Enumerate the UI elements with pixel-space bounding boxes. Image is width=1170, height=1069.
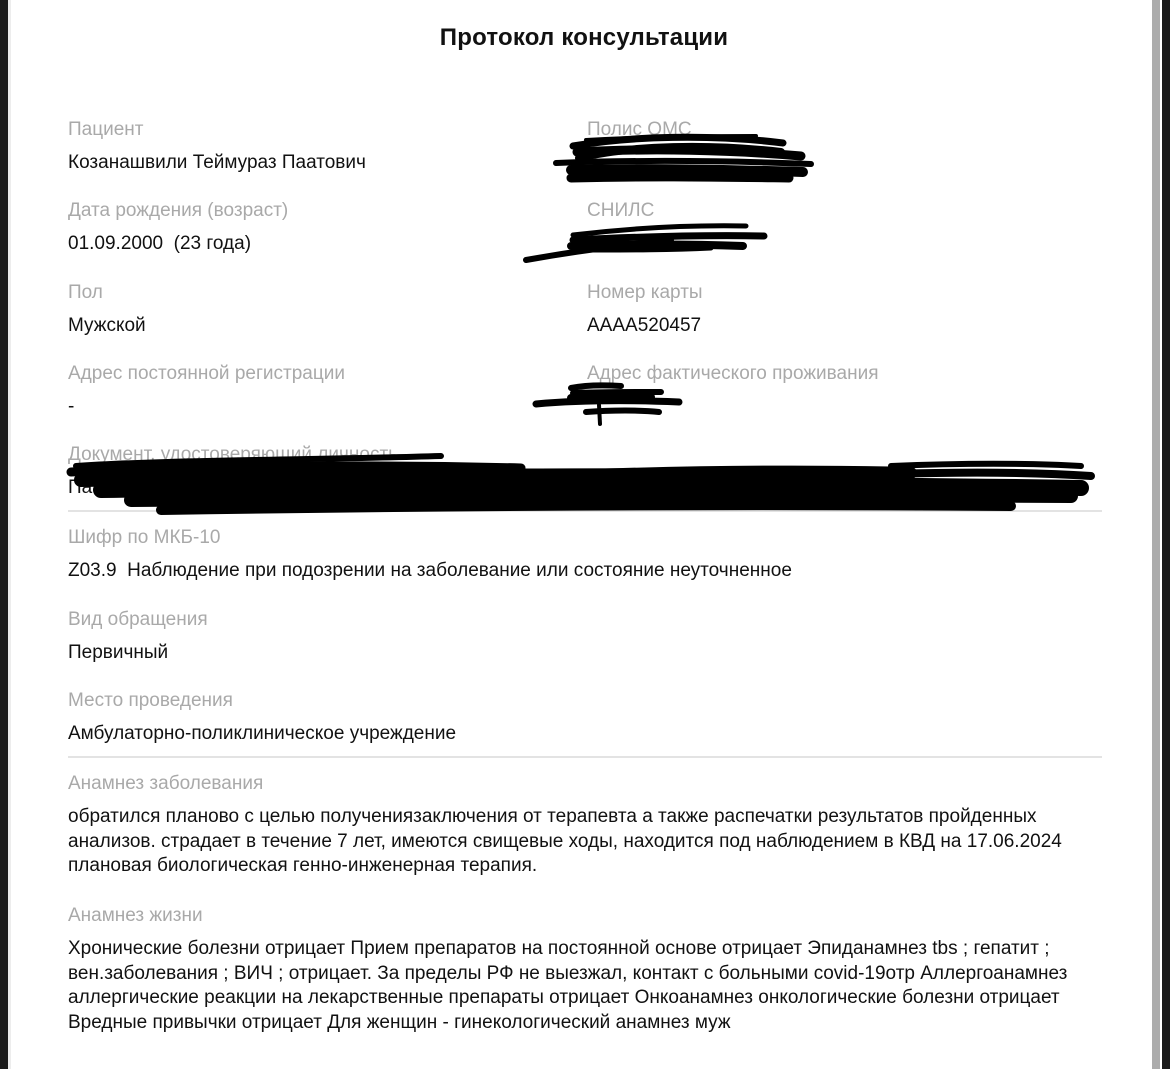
visit-type-value: Первичный <box>68 641 208 665</box>
field-snils: СНИЛС <box>587 199 654 256</box>
scrollbar-track[interactable] <box>1152 0 1160 1069</box>
field-label: Анамнез жизни <box>68 904 1108 928</box>
field-registration-address: Адрес постоянной регистрации - <box>68 362 345 419</box>
field-sex: Пол Мужской <box>68 281 146 338</box>
registration-address-value: - <box>68 395 345 419</box>
actual-address-value-redacted <box>587 395 879 419</box>
field-label: Адрес фактического проживания <box>587 362 879 386</box>
field-visit-type: Вид обращения Первичный <box>68 608 208 665</box>
field-actual-address: Адрес фактического проживания <box>587 362 879 419</box>
field-oms-policy: Полис ОМС <box>587 118 692 175</box>
life-anamnesis-text: Хронические болезни отрицает Прием препа… <box>68 937 1108 1035</box>
field-label: СНИЛС <box>587 199 654 223</box>
field-disease-anamnesis: Анамнез заболевания обратился планово с … <box>68 772 1108 879</box>
field-label: Полис ОМС <box>587 118 692 142</box>
field-label: Адрес постоянной регистрации <box>68 362 345 386</box>
snils-value-redacted <box>587 232 654 256</box>
field-label: Пациент <box>68 118 366 142</box>
field-place: Место проведения Амбулаторно-поликлиниче… <box>68 689 456 746</box>
field-label: Дата рождения (возраст) <box>68 199 288 223</box>
sex-value: Мужской <box>68 314 146 338</box>
disease-anamnesis-text: обратился планово с целью полученияза​кл… <box>68 805 1108 879</box>
oms-policy-value-redacted <box>587 151 692 175</box>
field-label: Анамнез заболевания <box>68 772 1108 796</box>
field-birth-date: Дата рождения (возраст) 01.09.2000 (23 г… <box>68 199 288 256</box>
field-label: Номер карты <box>587 281 703 305</box>
field-identity-document: Документ, удостоверяющий личность Па <box>68 443 398 500</box>
section-divider <box>68 510 1102 512</box>
icd10-value: Z03.9 Наблюдение при подозрении на забол… <box>68 559 792 583</box>
section-divider <box>68 756 1102 758</box>
field-patient: Пациент Козанашвили Теймураз Паатович <box>68 118 366 175</box>
field-icd10: Шифр по МКБ-10 Z03.9 Наблюдение при подо… <box>68 526 792 583</box>
field-label: Место проведения <box>68 689 456 713</box>
field-label: Вид обращения <box>68 608 208 632</box>
birth-date-value: 01.09.2000 (23 года) <box>68 232 288 256</box>
identity-document-value-prefix: Па <box>68 476 398 500</box>
field-label: Документ, удостоверяющий личность <box>68 443 398 467</box>
patient-name: Козанашвили Теймураз Паатович <box>68 151 366 175</box>
card-number-value: АААА520457 <box>587 314 703 338</box>
window-frame-left <box>0 0 8 1069</box>
place-value: Амбулаторно-поликлиническое учреждение <box>68 722 456 746</box>
window-frame-right <box>1162 0 1170 1069</box>
field-card-number: Номер карты АААА520457 <box>587 281 703 338</box>
document-page: Протокол консультации Пациент Козанашвил… <box>11 0 1152 1069</box>
field-label: Пол <box>68 281 146 305</box>
page-title: Протокол консультации <box>0 24 1168 52</box>
field-label: Шифр по МКБ-10 <box>68 526 792 550</box>
field-life-anamnesis: Анамнез жизни Хронические болезни отрица… <box>68 904 1108 1035</box>
